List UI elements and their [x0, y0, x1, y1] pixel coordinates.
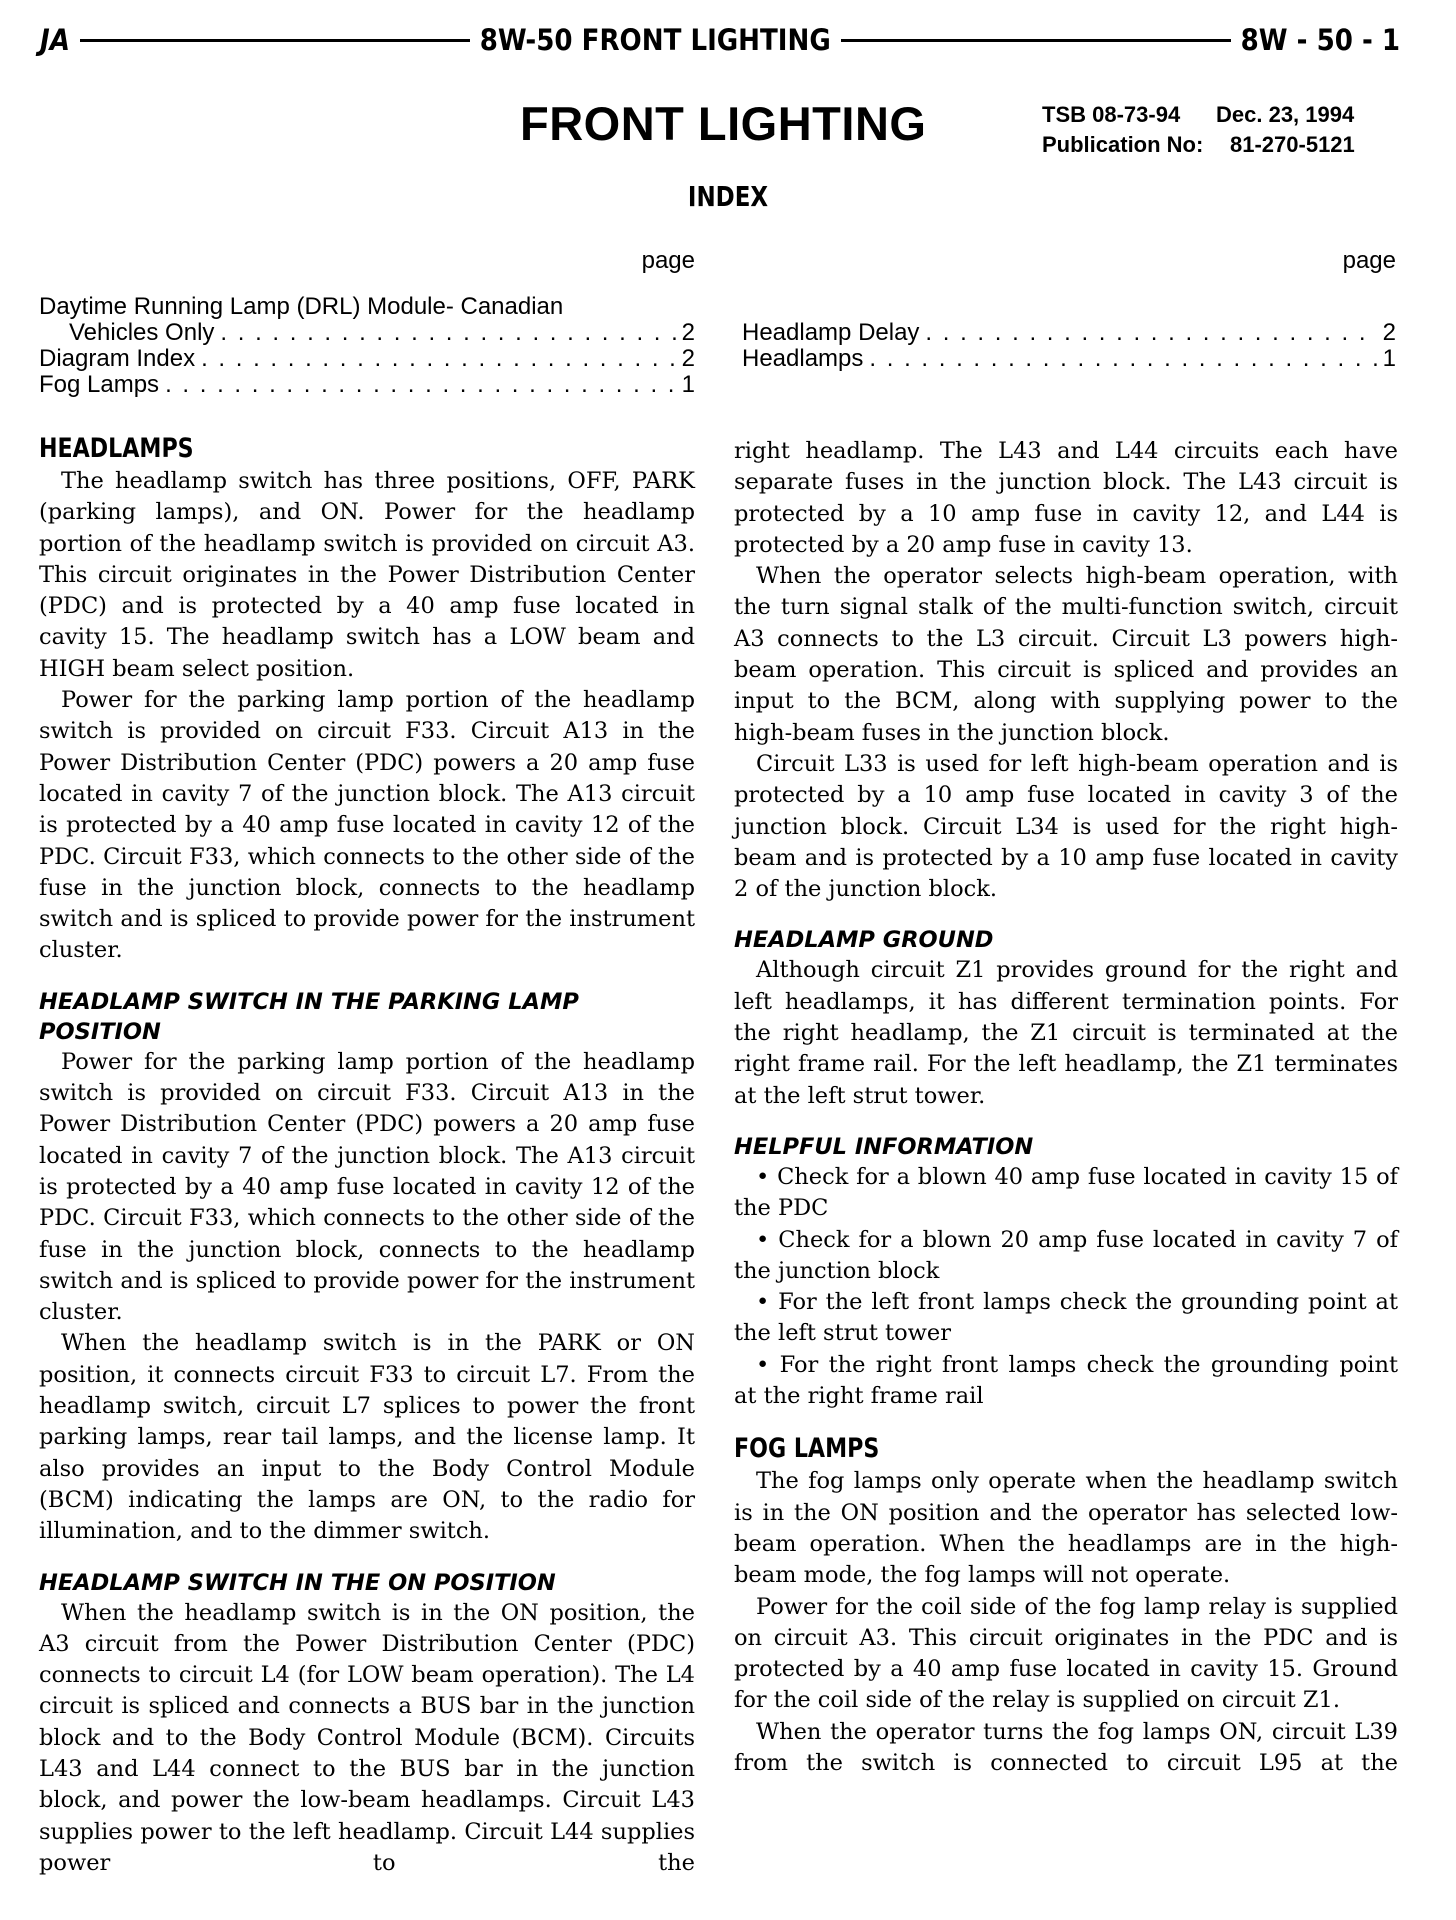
right-column: right headlamp. The L43 and L44 circuits…	[734, 436, 1398, 1779]
index-left-column: page Daytime Running Lamp (DRL) Module- …	[39, 248, 695, 398]
index-entry-headlamp-delay[interactable]: Headlamp Delay2	[742, 320, 1396, 346]
index-entry-fog-lamps[interactable]: Fog Lamps1	[39, 372, 695, 398]
subsection-heading-parking: HEADLAMP SWITCH IN THE PARKING LAMP POSI…	[39, 987, 695, 1047]
leader-dots	[165, 372, 676, 398]
index-heading: INDEX	[131, 180, 1325, 213]
header-model-code: JA	[40, 23, 70, 57]
leader-dots	[201, 346, 676, 372]
leader-dots	[869, 346, 1376, 372]
header-page-number: 8W - 50 - 1	[1241, 23, 1400, 57]
header-section-title: 8W-50 FRONT LIGHTING	[480, 23, 831, 57]
subsection-heading-on-position: HEADLAMP SWITCH IN THE ON POSITION	[39, 1568, 695, 1598]
index-page-label: page	[39, 248, 695, 274]
tsb-number: TSB 08-73-94	[1042, 100, 1216, 130]
header-rule-right	[841, 39, 1231, 42]
index-entry-headlamps[interactable]: Headlamps1	[742, 346, 1396, 372]
left-column: HEADLAMPS The headlamp switch has three …	[39, 432, 695, 1879]
bullet-item: • For the left front lamps check the gro…	[734, 1287, 1398, 1350]
paragraph: The fog lamps only operate when the head…	[734, 1466, 1398, 1591]
paragraph: When the operator selects high-beam oper…	[734, 561, 1398, 749]
section-heading-fog-lamps: FOG LAMPS	[734, 1432, 1278, 1466]
subsection-heading-helpful: HELPFUL INFORMATION	[734, 1132, 1398, 1162]
paragraph: The headlamp switch has three positions,…	[39, 466, 695, 685]
section-heading-headlamps: HEADLAMPS	[39, 432, 577, 466]
bulletin-meta: TSB 08-73-94 Dec. 23, 1994 Publication N…	[1042, 100, 1355, 160]
paragraph: When the operator turns the fog lamps ON…	[734, 1717, 1398, 1780]
paragraph: When the headlamp switch is in the PARK …	[39, 1328, 695, 1547]
paragraph: right headlamp. The L43 and L44 circuits…	[734, 436, 1398, 561]
paragraph: Power for the parking lamp portion of th…	[39, 1047, 695, 1329]
paragraph: Power for the parking lamp portion of th…	[39, 685, 695, 967]
page-title: FRONT LIGHTING	[520, 96, 926, 151]
index-page-label: page	[742, 248, 1396, 274]
paragraph: Circuit L33 is used for left high-beam o…	[734, 749, 1398, 905]
leader-dots	[925, 320, 1376, 346]
publication-label: Publication No:	[1042, 130, 1230, 160]
bullet-item: • For the right front lamps check the gr…	[734, 1350, 1398, 1413]
leader-dots	[220, 320, 675, 346]
index-right-column: page Headlamp Delay2 Headlamps1	[742, 248, 1396, 372]
bullet-item: • Check for a blown 40 amp fuse located …	[734, 1162, 1398, 1225]
bulletin-date: Dec. 23, 1994	[1216, 100, 1354, 130]
subsection-heading-ground: HEADLAMP GROUND	[734, 925, 1398, 955]
publication-number: 81-270-5121	[1230, 130, 1355, 160]
index-entry-drl[interactable]: Vehicles Only2	[39, 320, 695, 346]
header-rule-left	[80, 39, 470, 42]
paragraph: Although circuit Z1 provides ground for …	[734, 955, 1398, 1111]
index-entry-diagram-index[interactable]: Diagram Index2	[39, 346, 695, 372]
bullet-item: • Check for a blown 20 amp fuse located …	[734, 1225, 1398, 1288]
index-entry-drl-line1: Daytime Running Lamp (DRL) Module- Canad…	[39, 294, 695, 320]
paragraph: Power for the coil side of the fog lamp …	[734, 1592, 1398, 1717]
running-header: JA 8W-50 FRONT LIGHTING 8W - 50 - 1	[40, 22, 1400, 58]
paragraph: When the headlamp switch is in the ON po…	[39, 1598, 695, 1880]
